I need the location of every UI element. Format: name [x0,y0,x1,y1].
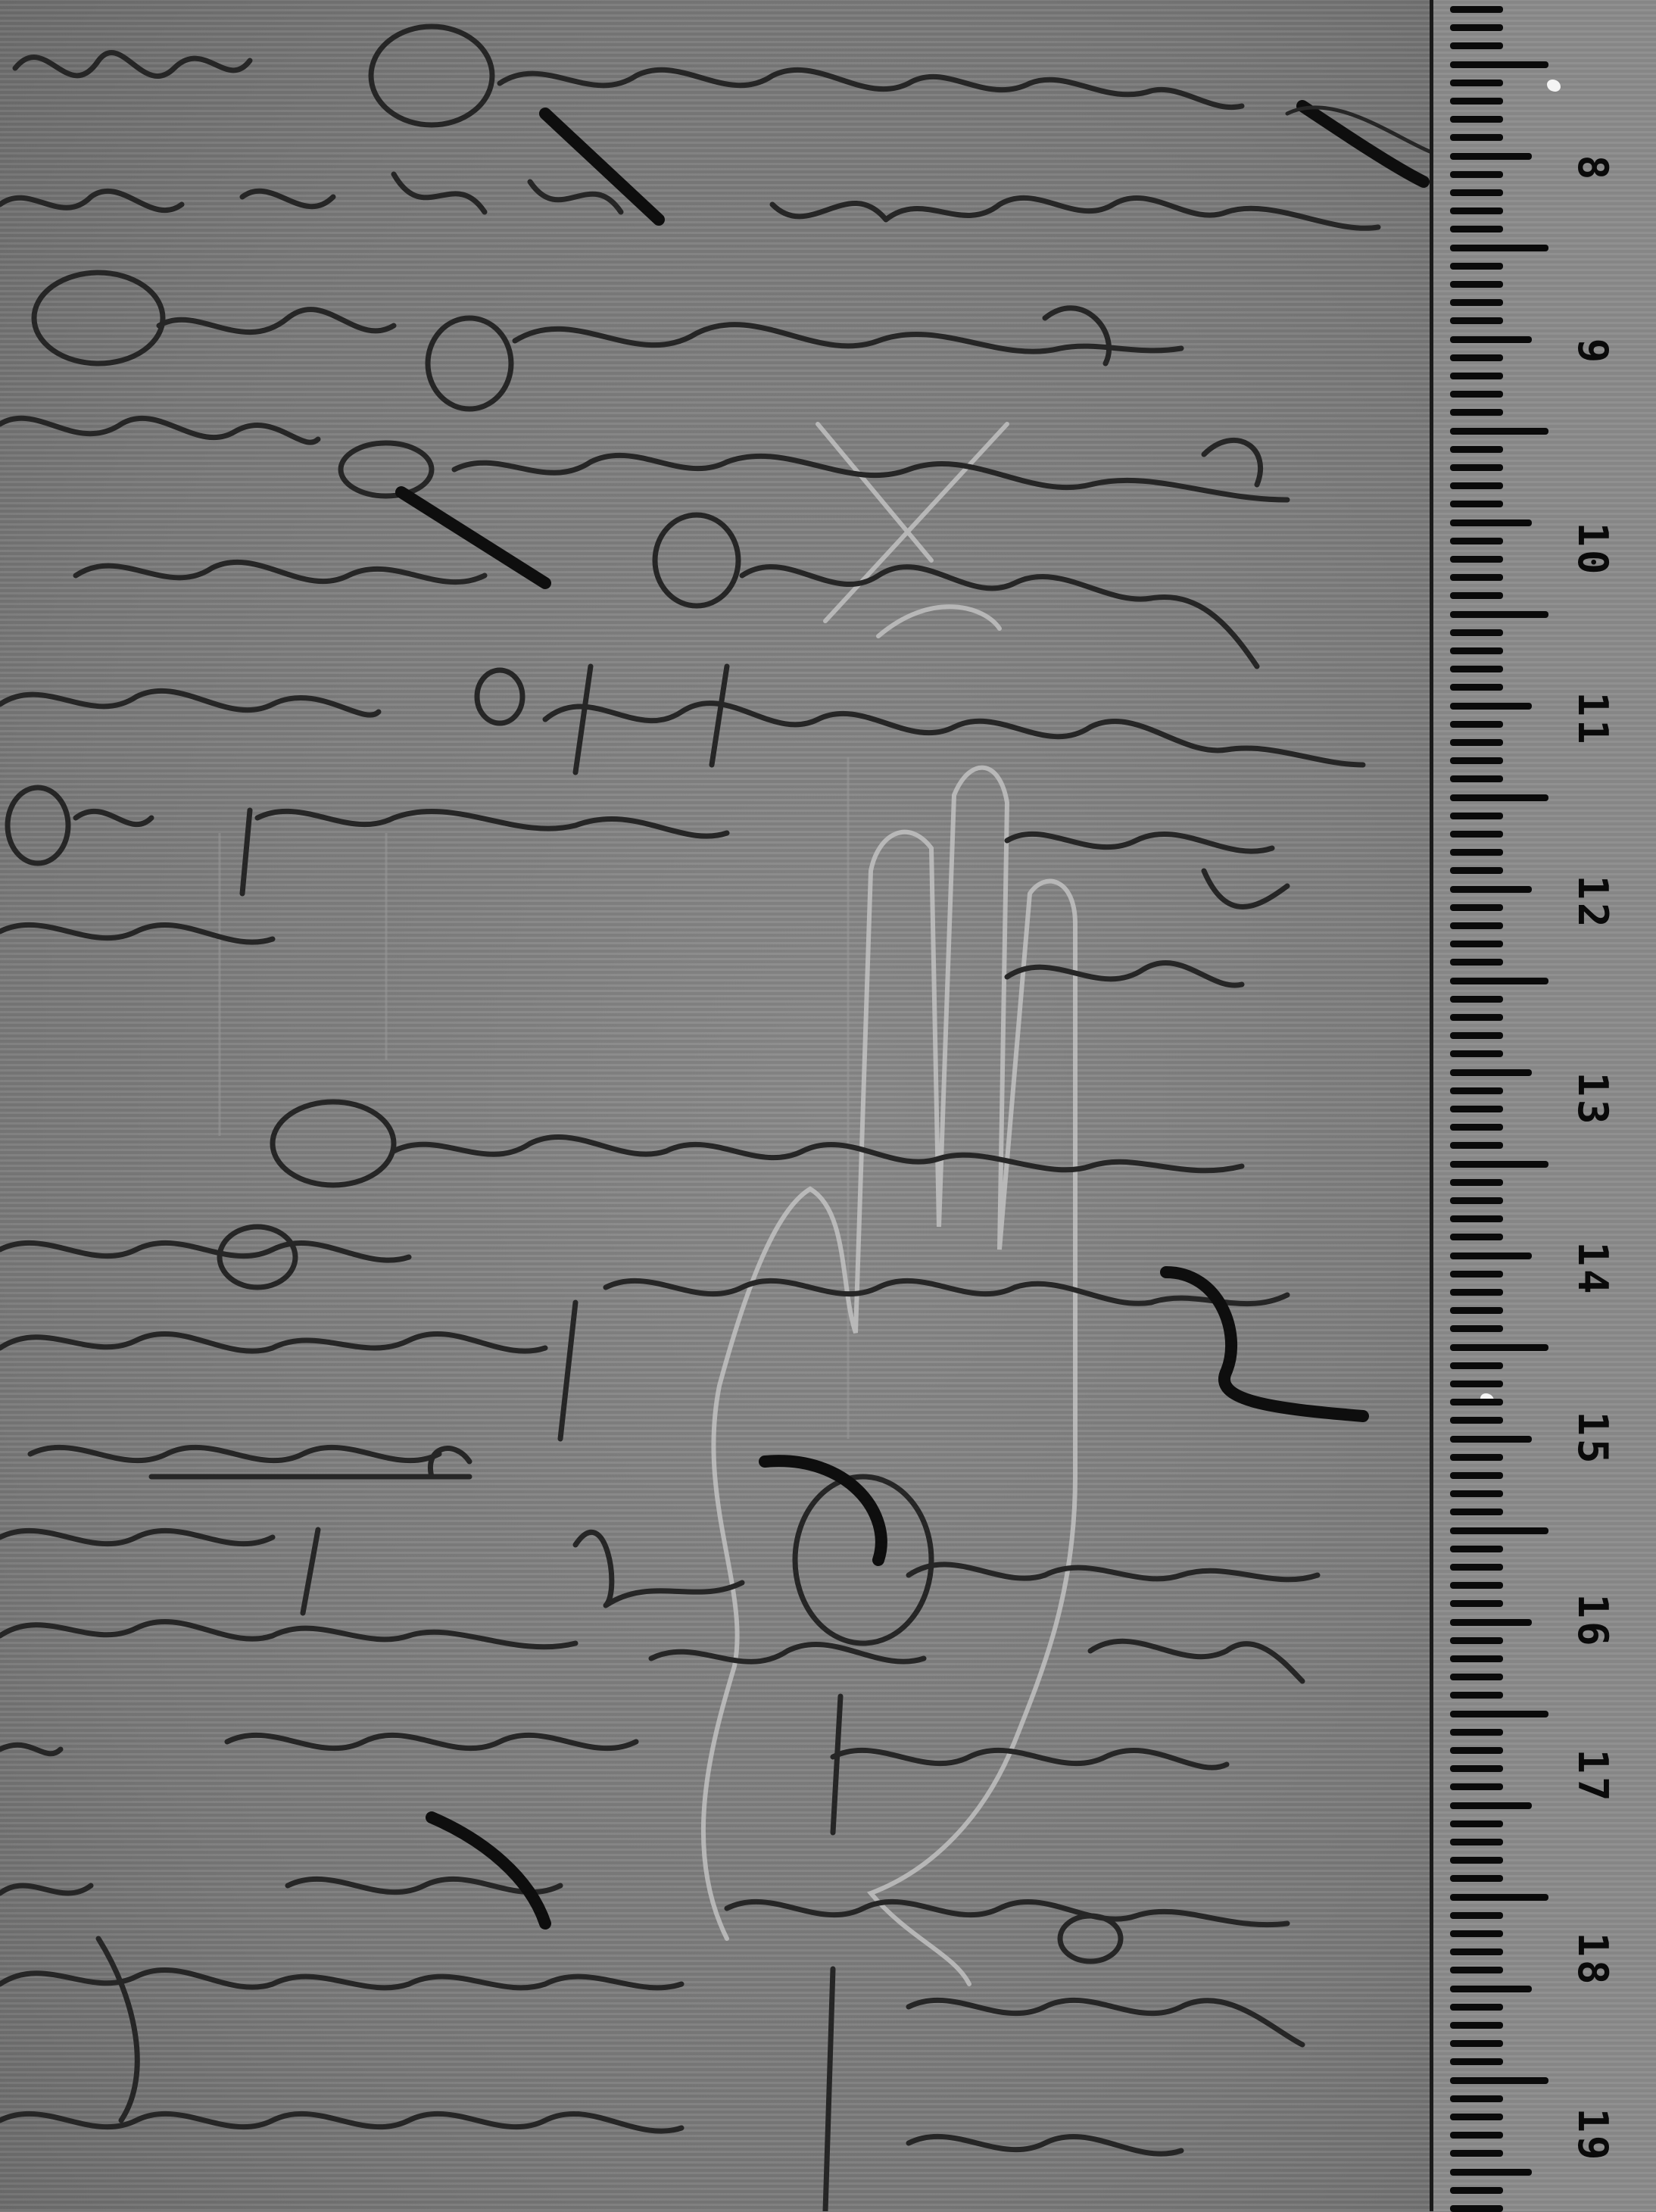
ruler-tick [1450,354,1503,361]
manuscript-page [0,0,1430,2211]
ruler-tick [1450,2205,1503,2211]
ruler-tick [1450,317,1503,324]
ruler-tick [1450,1783,1503,1790]
ruler-tick [1450,831,1503,838]
ruler-tick [1450,446,1503,453]
ruler-tick [1450,629,1503,636]
ruler-tick [1450,1692,1503,1699]
ruler-tick [1450,574,1503,581]
ruler-tick [1450,1087,1503,1094]
ruler-tick [1450,794,1548,801]
ruler-label: 15 [1570,1393,1615,1484]
ruler-tick [1450,941,1503,947]
ruler-tick [1450,1124,1503,1131]
ruler-tick [1450,1234,1503,1240]
ruler-tick [1450,592,1503,599]
ruler-tick [1450,1600,1503,1607]
ruler-tick [1450,1546,1503,1552]
ruler-tick [1450,263,1503,270]
ruler-tick [1450,2150,1503,2157]
ruler-label: 16 [1570,1576,1615,1667]
ruler-tick [1450,978,1548,984]
ruler-tick [1450,1820,1503,1827]
ruler-tick [1450,1912,1503,1919]
ruler-tick [1450,1381,1503,1387]
ruler-tick [1450,775,1503,782]
ruler-tick [1450,1454,1503,1461]
ruler-tick [1450,721,1503,728]
ruler-label: 9 [1570,307,1615,398]
ruler-label: 8 [1570,123,1615,214]
ruler-tick [1450,98,1503,105]
ruler-tick [1450,904,1503,911]
ruler-tick [1450,611,1548,618]
ruler-tick [1450,42,1503,49]
ruler-tick [1450,757,1503,764]
ruler-tick [1450,867,1503,874]
ruler-tick [1450,1747,1503,1754]
ruler-label: 18 [1570,1914,1615,2005]
ruler-label: 12 [1570,857,1615,948]
ruler-tick [1450,80,1503,86]
ruler-tick [1450,2114,1503,2120]
ruler-tick [1450,1564,1503,1571]
ruler-tick [1450,2040,1503,2047]
ruler-tick [1450,428,1548,435]
pin-mark-icon [1547,80,1561,92]
ruler-tick [1450,1948,1503,1955]
ruler-tick [1450,1986,1532,1992]
ruler-tick [1450,245,1548,251]
ruler-tick [1450,1050,1503,1057]
ruler-tick [1450,1289,1503,1296]
ruler-tick [1450,538,1503,544]
ruler-tick [1450,1674,1503,1680]
ruler-tick [1450,739,1503,746]
ruler-tick [1450,482,1503,489]
ruler-tick [1450,409,1503,416]
measuring-ruler: 8 9 10 11 12 13 14 15 16 17 18 19 [1430,0,1656,2211]
ruler-tick [1450,1032,1503,1039]
ruler-tick [1450,61,1548,68]
ruler-tick [1450,2022,1503,2029]
ruler-tick [1450,1307,1503,1314]
ruler-tick [1450,1325,1503,1332]
ruler-label: 11 [1570,674,1615,765]
ruler-label: 14 [1570,1224,1615,1315]
ruler-tick [1450,1802,1532,1809]
ruler-tick [1450,996,1503,1003]
ruler-tick [1450,666,1503,672]
ruler-tick [1450,2132,1503,2139]
ruler-tick [1450,1711,1548,1717]
ruler-tick [1450,1655,1503,1662]
ruler-tick [1450,1619,1532,1626]
ruler-tick [1450,1729,1503,1736]
ruler-label: 19 [1570,2090,1615,2181]
ruler-tick [1450,373,1503,379]
ruler-tick [1450,1582,1503,1589]
ruler-tick [1450,1215,1503,1222]
ruler-tick [1450,1765,1503,1772]
ruler-tick [1450,1527,1548,1534]
ruler-tick [1450,1271,1503,1278]
ruler-tick [1450,2004,1503,2011]
ruler-tick [1450,647,1503,654]
ruler-tick [1450,813,1503,819]
ruler-tick [1450,464,1503,471]
ruler-tick [1450,1875,1503,1882]
ruler-tick [1450,501,1503,507]
ruler-tick [1450,336,1532,343]
ruler-tick [1450,556,1503,563]
ruler-tick [1450,1142,1503,1149]
ruler-tick [1450,886,1532,893]
ruler-tick [1450,2077,1548,2084]
ruler-tick [1450,1344,1548,1351]
ruler-tick [1450,226,1503,232]
ruler-tick [1450,2169,1532,2176]
manuscript-radiograph: 8 9 10 11 12 13 14 15 16 17 18 19 [0,0,1656,2211]
ruler-tick [1450,2095,1503,2102]
ruler-tick [1450,519,1532,526]
ruler-tick [1450,1399,1503,1406]
ruler-tick [1450,959,1503,966]
ruler-tick [1450,1839,1503,1845]
ruler-tick [1450,207,1503,214]
ruler-tick [1450,281,1503,288]
ruler-tick [1450,134,1503,141]
ruler-label: 10 [1570,504,1615,595]
ruler-tick [1450,1857,1503,1864]
ruler-label: 13 [1570,1054,1615,1145]
ruler-tick [1450,153,1532,160]
ruler-tick [1450,1161,1548,1168]
ruler-tick [1450,1894,1548,1901]
ruler-tick [1450,1930,1503,1937]
ruler-tick [1450,1069,1532,1076]
ruler-tick [1450,2058,1503,2065]
ruler-tick [1450,849,1503,856]
ruler-tick [1450,299,1503,306]
ruler-tick [1450,189,1503,196]
ruler-tick [1450,2187,1503,2194]
ruler-tick [1450,171,1503,178]
ruler-tick [1450,116,1503,123]
ruler-tick [1450,922,1503,929]
ruler-tick [1450,6,1503,13]
ruler-tick [1450,1362,1503,1369]
ruler-tick [1450,1106,1503,1112]
ruler-tick [1450,1253,1532,1259]
ruler-tick [1450,24,1503,31]
ruler-tick [1450,1472,1503,1479]
ruler-label: 17 [1570,1731,1615,1822]
ruler-tick [1450,1197,1503,1204]
ruler-tick [1450,1967,1503,1973]
ruler-tick [1450,1436,1532,1443]
ruler-tick [1450,1014,1503,1021]
ruler-tick [1450,1417,1503,1424]
ruler-tick [1450,684,1503,691]
ruler-tick [1450,1508,1503,1515]
ruler-tick [1450,391,1503,398]
ruler-tick [1450,1179,1503,1186]
ruler-tick [1450,1637,1503,1644]
ruler-tick [1450,703,1532,710]
ruler-tick [1450,1490,1503,1497]
hand-watermark-icon [703,424,1075,1984]
handwriting-strokes [0,0,1430,2211]
